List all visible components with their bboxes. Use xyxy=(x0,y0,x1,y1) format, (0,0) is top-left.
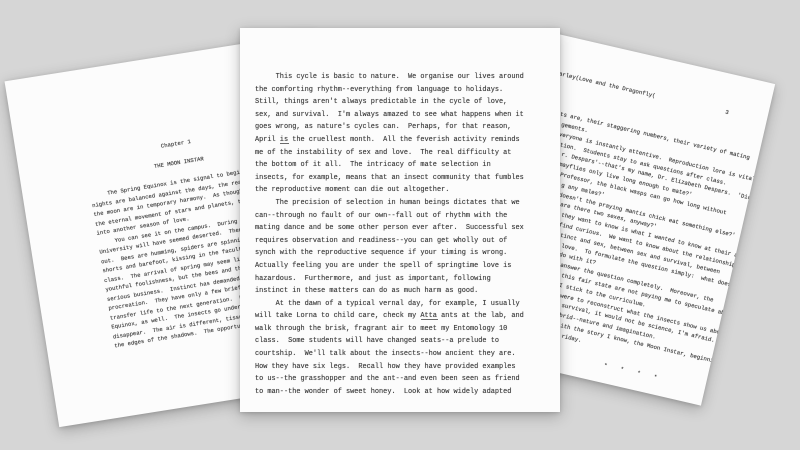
underline-mark-is xyxy=(280,143,289,144)
desk-background: Chapter 1 THE MOON INSTAR The Spring Equ… xyxy=(0,0,800,450)
page-center-typed-text: This cycle is basic to nature. We organi… xyxy=(240,28,560,398)
manuscript-page-center: This cycle is basic to nature. We organi… xyxy=(240,28,560,412)
underline-mark-atta xyxy=(421,319,438,320)
